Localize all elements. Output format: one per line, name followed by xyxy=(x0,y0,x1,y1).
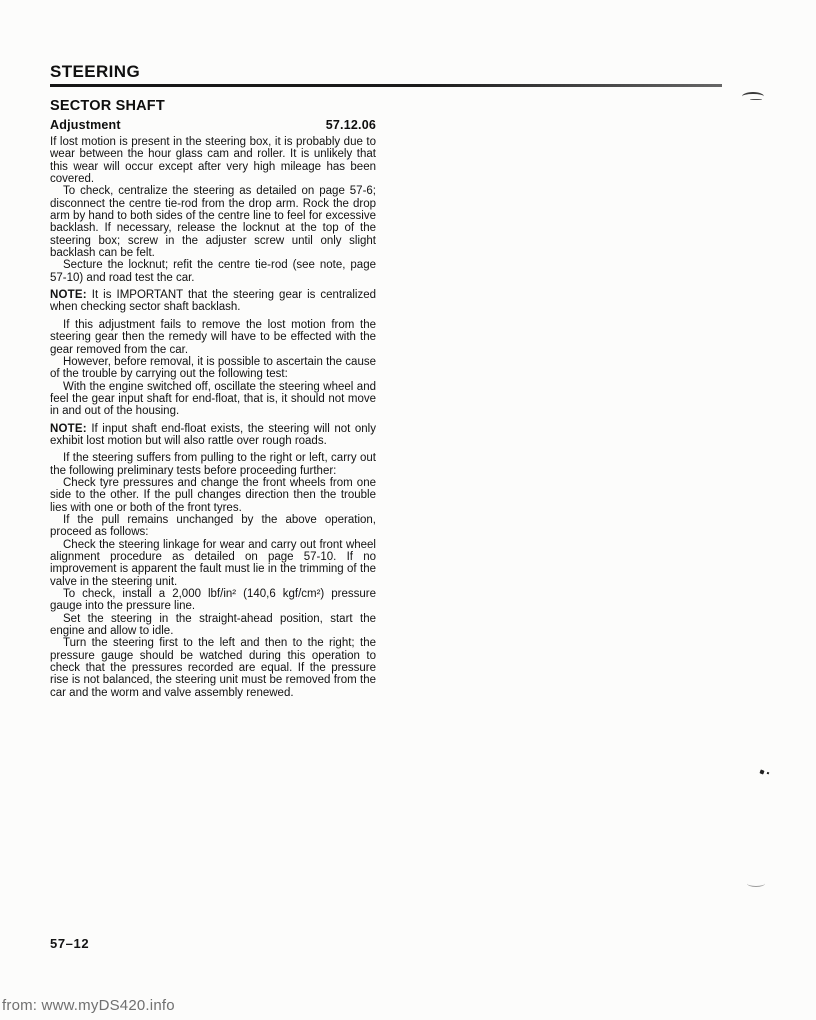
body-text: If lost motion is present in the steerin… xyxy=(50,136,376,699)
paragraph: If the steering suffers from pulling to … xyxy=(50,452,376,477)
paragraph: With the engine switched off, oscillate … xyxy=(50,381,376,418)
note-paragraph: NOTE: It is IMPORTANT that the steering … xyxy=(50,289,376,314)
paragraph: Set the steering in the straight-ahead p… xyxy=(50,613,376,638)
note-label: NOTE: xyxy=(50,289,87,301)
paragraph: However, before removal, it is possible … xyxy=(50,356,376,381)
paragraph: To check, install a 2,000 lbf/in² (140,6… xyxy=(50,588,376,613)
scan-artifact-curve-bottom xyxy=(747,880,765,887)
paragraph: Secture the locknut; refit the centre ti… xyxy=(50,259,376,284)
operation-number: 57.12.06 xyxy=(326,118,376,132)
paragraph: To check, centralize the steering as det… xyxy=(50,185,376,259)
scan-artifact-dots xyxy=(759,769,764,774)
page-number: 57–12 xyxy=(50,936,89,951)
source-watermark: from: www.myDS420.info xyxy=(2,997,175,1014)
header-rule xyxy=(50,84,722,87)
note-text: It is IMPORTANT that the steering gear i… xyxy=(50,289,376,313)
paragraph: Turn the steering first to the left and … xyxy=(50,637,376,699)
paragraph: If the pull remains unchanged by the abo… xyxy=(50,514,376,539)
note-paragraph: NOTE: If input shaft end-float exists, t… xyxy=(50,423,376,448)
procedure-row: Adjustment 57.12.06 xyxy=(50,118,376,132)
note-label: NOTE: xyxy=(50,423,87,435)
paragraph: If this adjustment fails to remove the l… xyxy=(50,319,376,356)
paragraph: Check tyre pressures and change the fron… xyxy=(50,477,376,514)
manual-page: STEERING SECTOR SHAFT Adjustment 57.12.0… xyxy=(0,0,816,1020)
subsection-title: SECTOR SHAFT xyxy=(50,98,376,114)
note-text: If input shaft end-float exists, the ste… xyxy=(50,423,376,447)
paragraph: Check the steering linkage for wear and … xyxy=(50,539,376,588)
procedure-title: Adjustment xyxy=(50,118,121,132)
text-column: STEERING SECTOR SHAFT Adjustment 57.12.0… xyxy=(50,62,376,699)
paragraph: If lost motion is present in the steerin… xyxy=(50,136,376,185)
page-title: STEERING xyxy=(50,62,376,81)
